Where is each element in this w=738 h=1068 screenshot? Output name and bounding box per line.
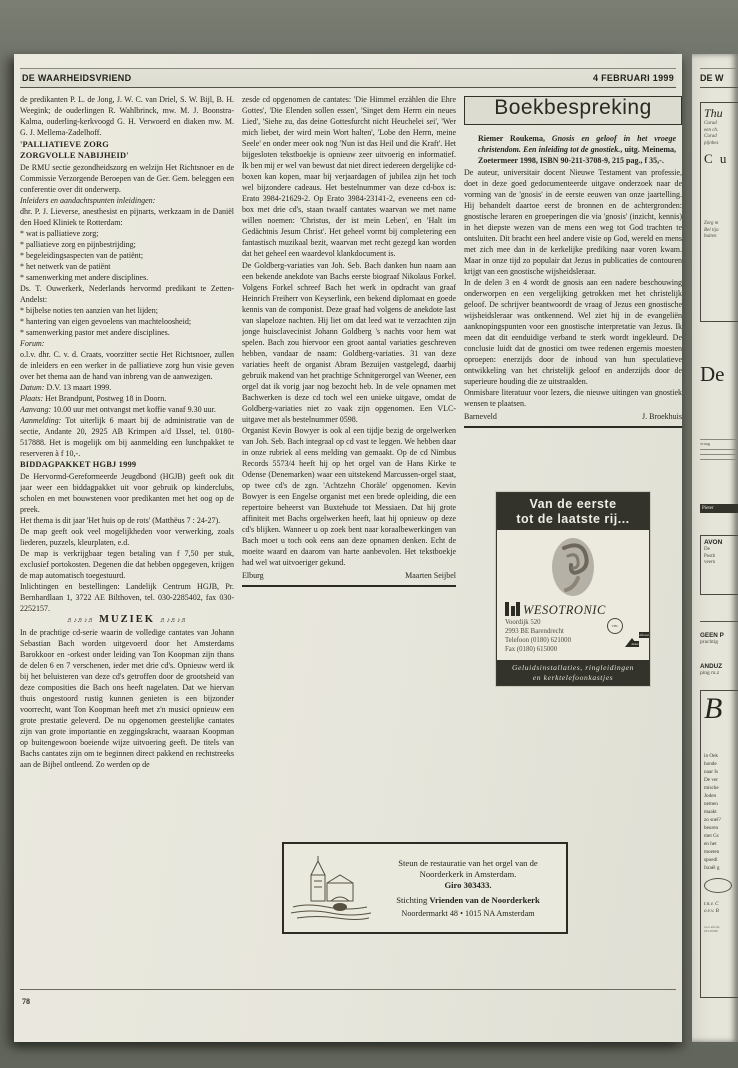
article-end-rule [464, 426, 682, 428]
wesotronic-logo-mark-icon [505, 602, 520, 616]
right-page-table: vraag [700, 439, 738, 464]
right-page-masthead: DE W [700, 68, 738, 88]
dealer-badge-icon: officieel dealer [625, 630, 645, 648]
paragraph: Ds. T. Ouwerkerk, Nederlands hervormd pr… [20, 283, 234, 305]
right-page-caption-bar: Pieter [700, 504, 738, 513]
issue-date: 4 FEBRUARI 1999 [593, 73, 674, 83]
column-1: de predikanten P. L. de Jong, J. W. C. v… [20, 94, 234, 1004]
ear-image [544, 534, 602, 600]
right-page-headline: De [700, 362, 738, 387]
paragraph: De auteur, universitair docent Nieuwe Te… [464, 167, 682, 277]
certification-circle-icon: VBL [607, 618, 623, 634]
paragraph: o.l.v. dhr. C. v. d. Craats, voorzitter … [20, 349, 234, 382]
meta-line: Plaats: Het Brandpunt, Postweg 18 in Doo… [20, 393, 234, 404]
paragraph: Onmisbare literatuur voor lezers, die ni… [464, 387, 682, 409]
bullet-item: * hantering van eigen gevoelens van mach… [20, 316, 234, 327]
meta-line: Datum: D.V. 13 maart 1999. [20, 382, 234, 393]
paragraph: In de prachtige cd-serie waarin de volle… [20, 627, 234, 770]
boekbespreking-title: Boekbespreking [494, 96, 652, 119]
meta-line: Aanmelding: Tot uiterlijk 6 maart bij de… [20, 415, 234, 459]
signature-row: Elburg Maarten Seijbel [242, 570, 456, 581]
section-heading-muziek: ♬♪♬♪♬ MUZIEK ♬♪♬♪♬ [20, 614, 234, 626]
book-reference: Riemer Roukema, Gnosis en geloof in het … [464, 133, 682, 166]
bullet-item: * bijbelse noties ten aanzien van het li… [20, 305, 234, 316]
wesotronic-logo: WESOTRONIC [497, 602, 649, 616]
wesotronic-address: Voordijk 520 2993 BE Barendrecht Telefoo… [497, 616, 649, 658]
paragraph: Het thema is dit jaar 'Het huis op de ro… [20, 515, 234, 526]
ad-banner: Van de eerste tot de laatste rij... [497, 493, 649, 530]
page-bottom-rule [20, 989, 676, 990]
section-heading-biddagpakket: BIDDAGPAKKET HGBJ 1999 [20, 459, 234, 470]
wesotronic-ad[interactable]: Van de eerste tot de laatste rij... WES [496, 492, 650, 686]
signature-author: Maarten Seijbel [405, 570, 456, 581]
bullet-item: * palliatieve zorg en pijnbestrijding; [20, 239, 234, 250]
giro-number: Giro 303433. [373, 880, 563, 891]
paragraph: In de delen 3 en 4 wordt de gnosis aan e… [464, 277, 682, 387]
script-initial: B [704, 694, 738, 724]
italic-lead: Inleiders en aandachtspunten inleidingen… [20, 195, 234, 206]
right-page-avond-box: AVON De Postb veern [700, 535, 738, 595]
left-page: DE WAARHEIDSVRIEND 4 FEBRUARI 1999 de pr… [14, 54, 682, 1042]
column-2: zesde cd opgenomen de cantates: 'Die Him… [242, 94, 456, 794]
page-masthead: DE WAARHEIDSVRIEND 4 FEBRUARI 1999 [20, 68, 676, 88]
stichting-line: Stichting Vrienden van de Noorderkerk [373, 895, 563, 906]
publication-title: DE WAARHEIDSVRIEND [22, 73, 131, 83]
signature-row: Barneveld J. Broekhuis [464, 411, 682, 422]
right-page-content: DE W Thu Curad een ch. Curad pijnbes C u… [700, 54, 738, 998]
paragraph: zesde cd opgenomen de cantates: 'Die Him… [242, 94, 456, 259]
wesotronic-brand: WESOTRONIC [523, 605, 606, 616]
scanned-spread: DE WAARHEIDSVRIEND 4 FEBRUARI 1999 de pr… [0, 0, 738, 1068]
noorderkerk-address: Noordermarkt 48 • 1015 NA Amsterdam [373, 908, 563, 919]
article-end-rule [242, 585, 456, 587]
paragraph: De map geeft ook veel mogelijkheden voor… [20, 526, 234, 548]
italic-lead: Forum: [20, 338, 234, 349]
bullet-item: * samenwerking pastor met andere discipl… [20, 327, 234, 338]
paragraph: Inlichtingen en bestellingen: Landelijk … [20, 581, 234, 614]
noorderkerk-text: Steun de restauratie van het orgel van d… [373, 858, 563, 919]
noorderkerk-ad[interactable]: Steun de restauratie van het orgel van d… [282, 842, 568, 934]
paragraph: dhr. P. J. Lieverse, anesthesist en pijn… [20, 206, 234, 228]
paragraph: De map is verkrijgbaar tegen betaling va… [20, 548, 234, 581]
bullet-item: * wat is palliatieve zorg; [20, 228, 234, 239]
paragraph: De Goldberg-variaties van Joh. Seb. Bach… [242, 260, 456, 425]
signature-author: J. Broekhuis [642, 411, 682, 422]
page-number: 78 [22, 997, 30, 1006]
bullet-item: * het netwerk van de patiënt [20, 261, 234, 272]
paragraph: De RMU sectie gezondheidszorg en welzijn… [20, 162, 234, 195]
boekbespreking-header-box: Boekbespreking [464, 96, 682, 125]
right-page-sliver: DE W Thu Curad een ch. Curad pijnbes C u… [692, 54, 738, 1042]
church-drawing [287, 855, 373, 921]
ad-footer-banner: Geluidsinstallaties, ringleidingen en ke… [497, 660, 649, 685]
bullet-item: * begeleidingsaspecten van de patiënt; [20, 250, 234, 261]
paragraph: de predikanten P. L. de Jong, J. W. C. v… [20, 94, 234, 138]
signature-place: Barneveld [464, 411, 497, 422]
paragraph: Organist Kevin Bowyer is ook al een tijd… [242, 425, 456, 568]
music-notes-icon: ♬♪♬♪♬ [66, 616, 94, 624]
right-page-ad-box: Thu Curad een ch. Curad pijnbes C u Zorg… [700, 102, 738, 322]
meta-line: Aanvang: 10.00 uur met ontvangst met kof… [20, 404, 234, 415]
paragraph: De Hervormd-Gereformeerde Jeugdbond (HGJ… [20, 471, 234, 515]
right-page-bottom-ad: B in Oek honde naar Is De ver mische Jod… [700, 690, 738, 998]
oval-logo-icon [704, 878, 732, 893]
divider-rule [700, 621, 738, 622]
section-heading-palliatieve: 'PALLIATIEVE ZORG ZORGVOLLE NABIJHEID' [20, 139, 234, 161]
signature-place: Elburg [242, 570, 264, 581]
bullet-item: * samenwerking met andere disciplines. [20, 272, 234, 283]
music-notes-icon: ♬♪♬♪♬ [160, 616, 188, 624]
